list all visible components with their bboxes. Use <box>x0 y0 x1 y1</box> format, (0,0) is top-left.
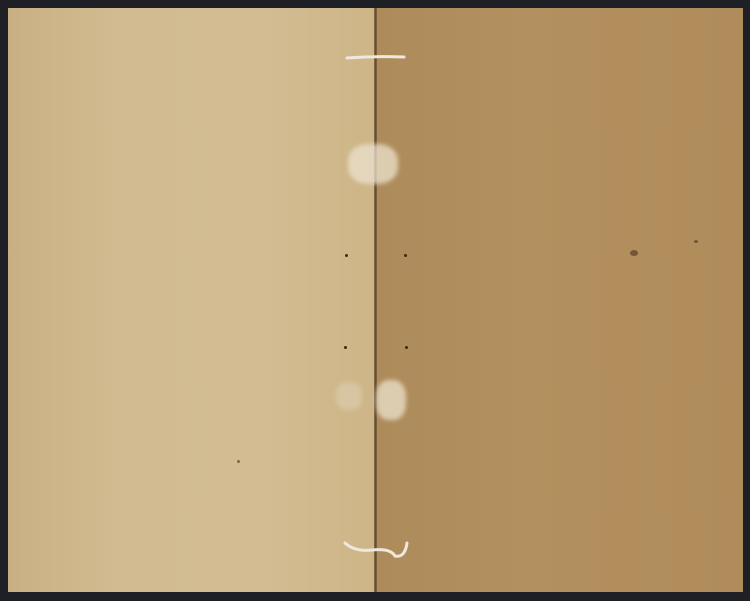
binding-threads <box>0 0 750 601</box>
